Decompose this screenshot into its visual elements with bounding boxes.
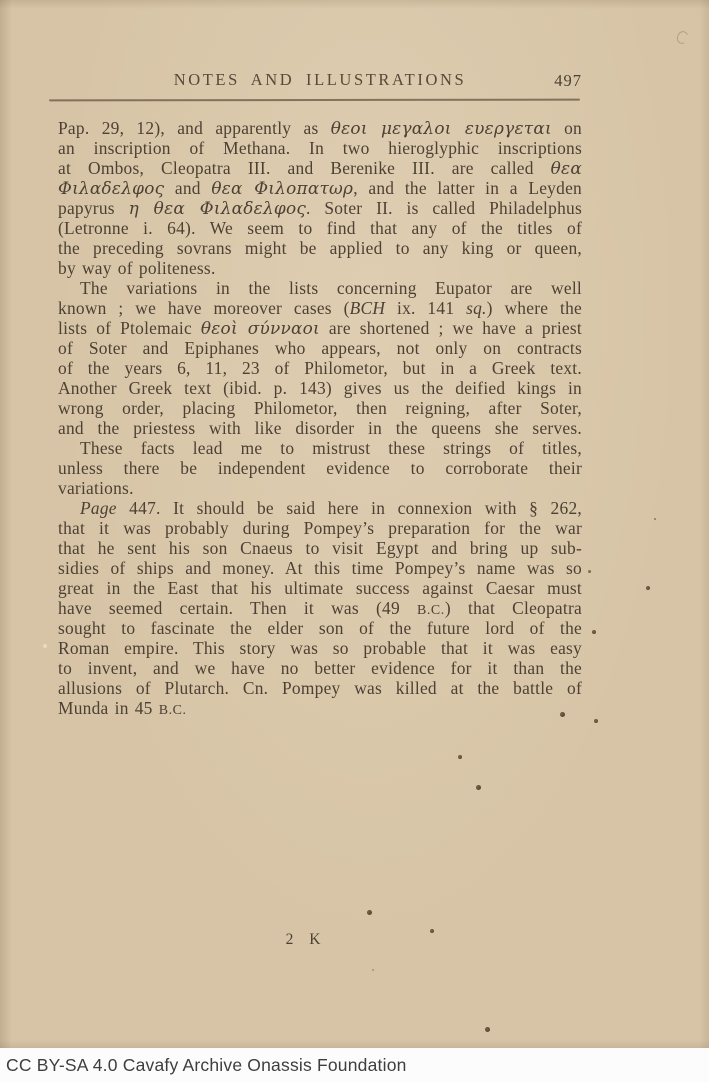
text-line: that he sent his son Cnaeus to visit Egy… [58,538,582,558]
text-run: These facts lead me to mistrust these st… [80,438,582,458]
text-line: to invent, and we have no better evidenc… [58,658,582,678]
text-run: have seemed certain. Then it was (49 [58,598,417,618]
text-line: of the years 6, 11, 23 of Philometor, bu… [58,358,582,378]
pencil-mark [675,29,690,45]
text-run: Another Greek text (ibid. p. 143) gives … [58,378,582,398]
text-run: ) that Cleopatra [445,598,582,618]
greek-text: Φιλαδελφος [58,178,164,198]
greek-text: θεα Φιλοπατωρ [211,178,353,198]
text-run: sidies of ships and money. At this time … [58,558,582,578]
book-page: NOTES AND ILLUSTRATIONS 497 Pap. 29, 12)… [0,0,709,1048]
text-line: (Letronne i. 64). We seem to find that a… [58,218,582,238]
text-line: the preceding sovrans might be applied t… [58,238,582,258]
page-speck [592,630,596,634]
text-run: The variations in the lists concerning E… [80,278,582,298]
text-run: variations. [58,478,134,498]
page-speck [560,712,565,717]
text-run: of Soter and Epiphanes who appears, not … [58,338,582,358]
text-run: . Soter II. is called Philadelphus [306,198,582,218]
text-run: an inscription of Methana. In two hierog… [58,138,582,158]
text-line: by way of politeness. [58,258,582,278]
text-line: Page 447. It should be said here in conn… [58,498,582,518]
text-run: Pap. 29, 12), and apparently as [58,118,331,138]
text-line: allusions of Plutarch. Cn. Pompey was ki… [58,678,582,698]
text-run: of the years 6, 11, 23 of Philometor, bu… [58,358,582,378]
text-line: lists of Ptolemaic θεοὶ σύνναοι are shor… [58,318,582,338]
page-speck [654,518,656,520]
greek-text: θεοι μεγαλοι ευεργεται [331,118,552,138]
text-line: Munda in 45 B.C. [58,698,582,718]
text-run: papyrus [58,198,129,218]
text-run: at Ombos, Cleopatra III. and Berenike II… [58,158,551,178]
license-text: CC BY-SA 4.0 Cavafy Archive Onassis Foun… [6,1055,407,1076]
text-line: Another Greek text (ibid. p. 143) gives … [58,378,582,398]
text-block: Pap. 29, 12), and apparently as θεοι μεγ… [58,118,582,718]
text-run: (Letronne i. 64). We seem to find that a… [58,218,582,238]
text-line: at Ombos, Cleopatra III. and Berenike II… [58,158,582,178]
text-run: and the priestess with like disorder in … [58,418,582,438]
header-rule [49,99,580,102]
page-speck [430,929,434,933]
text-line: unless there be independent evidence to … [58,458,582,478]
text-run: the preceding sovrans might be applied t… [58,238,582,258]
page-speck [476,785,481,790]
page-speck [367,910,372,915]
text-line: and the priestess with like disorder in … [58,418,582,438]
running-header: NOTES AND ILLUSTRATIONS 497 [58,70,582,90]
text-run: are shortened ; we have a priest [320,318,582,338]
text-line: These facts lead me to mistrust these st… [58,438,582,458]
text-run: to invent, and we have no better evidenc… [58,658,582,678]
text-run: on [552,118,582,138]
page-speck [458,755,462,759]
text-line: that it was probably during Pompey’s pre… [58,518,582,538]
text-run: sought to fascinate the elder son of the… [58,618,582,638]
page-speck [646,586,650,590]
text-run: that he sent his son Cnaeus to visit Egy… [58,538,582,558]
greek-text: η θεα Φιλαδελφος [129,198,306,218]
license-bar: CC BY-SA 4.0 Cavafy Archive Onassis Foun… [0,1048,709,1082]
text-line: great in the East that his ultimate succ… [58,578,582,598]
signature-mark: 2 K [0,931,612,949]
text-run: Roman empire. This story was so probable… [58,638,582,658]
text-line: Roman empire. This story was so probable… [58,638,582,658]
text-line: known ; we have moreover cases (BCH ix. … [58,298,582,318]
text-line: papyrus η θεα Φιλαδελφος. Soter II. is c… [58,198,582,218]
text-run: great in the East that his ultimate succ… [58,578,582,598]
text-run: and [164,178,211,198]
text-run: unless there be independent evidence to … [58,458,582,478]
text-run: that it was probably during Pompey’s pre… [58,518,582,538]
text-run: ix. 141 [385,298,466,318]
page-speck [588,570,591,573]
text-line: of Soter and Epiphanes who appears, not … [58,338,582,358]
text-run: ) where the [487,298,582,318]
text-line: variations. [58,478,582,498]
text-line: Pap. 29, 12), and apparently as θεοι μεγ… [58,118,582,138]
text-run: allusions of Plutarch. Cn. Pompey was ki… [58,678,582,698]
greek-text: θεα [551,158,582,178]
page-speck [372,969,374,971]
text-line: The variations in the lists concerning E… [58,278,582,298]
page-speck [594,719,598,723]
greek-text: θεοὶ σύνναοι [201,318,320,338]
text-run: , and the latter in a Leyden [353,178,582,198]
text-run: B.C. [417,603,445,618]
text-run: 447. It should be said here in connexion… [117,498,582,518]
page-speck [485,1027,490,1032]
page-number: 497 [554,71,582,91]
text-run: sq. [466,298,487,318]
text-line: Φιλαδελφος and θεα Φιλοπατωρ, and the la… [58,178,582,198]
text-run: by way of politeness. [58,258,216,278]
text-run: known ; we have moreover cases ( [58,298,350,318]
text-line: wrong order, placing Philometor, then re… [58,398,582,418]
text-line: an inscription of Methana. In two hierog… [58,138,582,158]
text-run: B.C. [159,703,187,718]
text-run: lists of Ptolemaic [58,318,201,338]
text-run: BCH [350,298,386,318]
text-run: wrong order, placing Philometor, then re… [58,398,582,418]
text-line: sought to fascinate the elder son of the… [58,618,582,638]
text-line: have seemed certain. Then it was (49 B.C… [58,598,582,618]
text-run: Munda in 45 [58,698,159,718]
text-run: Page [80,498,117,518]
page-title: NOTES AND ILLUSTRATIONS [58,70,582,90]
page-speck [43,644,47,648]
text-line: sidies of ships and money. At this time … [58,558,582,578]
